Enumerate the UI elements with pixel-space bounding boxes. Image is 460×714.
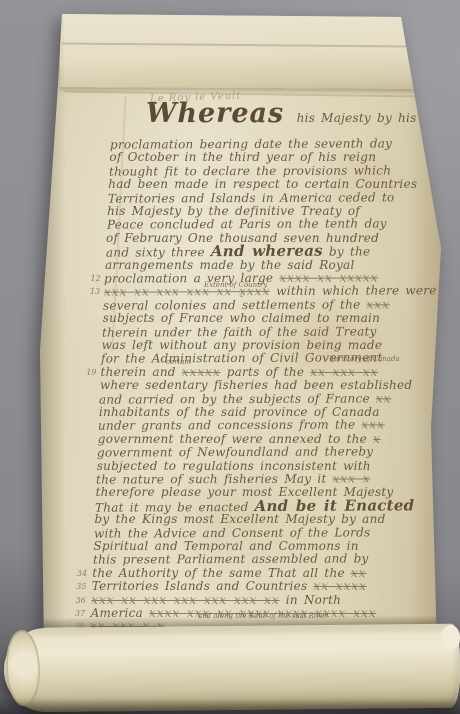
manuscript-line: Territories Islands and Countries xx xxx…: [92, 580, 367, 593]
struck-out-text: xx xxx xx: [310, 365, 378, 379]
struck-out-text: xxxxx: [182, 365, 221, 379]
line-text: the Authority of the same That all the: [92, 566, 351, 580]
line-text: America: [91, 606, 149, 620]
scroll-roll-right-end: [441, 625, 460, 649]
manuscript-line: where sedentary fisheries had been estab…: [100, 379, 412, 392]
manuscript-line: therein and xxxxx parts of the xx xxx xx: [101, 366, 379, 379]
manuscript-line: had been made in respect to certain Coun…: [108, 178, 417, 191]
parchment-sheet: Le Roy le Veult Whereas his Majesty by h…: [0, 0, 460, 714]
caret-mark: ‸: [240, 288, 243, 298]
line-text: Territories and Islands in America ceded…: [108, 190, 395, 205]
margin-line-number: 37: [75, 609, 85, 618]
line-text: arrangements made by the said Royal: [105, 258, 355, 272]
line-text: therein and: [101, 365, 182, 379]
line-text: had been made in respect to certain Coun…: [108, 177, 417, 191]
interlinear-insertion: and along the Bank of the said River: [198, 612, 328, 620]
struck-out-text: xxx: [362, 418, 385, 432]
margin-line-number: 35: [76, 582, 86, 591]
manuscript-line: the Authority of the same That all the x…: [92, 567, 366, 580]
interlinear-insertion: Territory of Canada: [330, 355, 400, 363]
line-text: by the Kings most Excellent Majesty by a…: [95, 512, 386, 526]
margin-line-number: 13: [90, 287, 100, 296]
line-text: and carried on by the subjects of France: [99, 391, 376, 406]
margin-line-number: 12: [91, 274, 101, 283]
interlinear-insertion: Extent of Country: [204, 281, 267, 289]
struck-out-text: xxx xx xxx xxx xxx xxx xx: [91, 593, 279, 607]
line-text: his Majesty by his Royal: [297, 111, 458, 125]
line-text: under grants and concessions from the: [98, 418, 361, 433]
margin-line-number: 34: [77, 569, 87, 578]
manuscript-line: of October in the third year of his reig…: [109, 151, 376, 164]
line-text: thought fit to declare the provisions wh…: [109, 163, 391, 178]
struck-out-text: xx xxxx: [313, 579, 366, 593]
margin-line-number: 36: [76, 596, 86, 605]
struck-out-text: xxx x: [333, 471, 371, 485]
line-text: parts of the: [221, 365, 311, 379]
line-text: where sedentary fisheries had been estab…: [100, 378, 412, 392]
line-text: in North: [280, 593, 341, 607]
line-text: with the Advice and Consent of the Lords: [94, 525, 370, 540]
manuscript-line: arrangements made by the said Royal: [105, 259, 355, 272]
line-text: Whereas: [146, 98, 297, 129]
manuscript-line: xxx xx xxx xxx xxx xxx xx in North: [91, 594, 341, 607]
manuscript-photo: Le Roy le Veult Whereas his Majesty by h…: [0, 0, 460, 714]
line-text: this present Parliament assembled and by: [93, 552, 369, 567]
line-text: Peace concluded at Paris on the tenth da…: [107, 217, 387, 232]
text-block: Le Roy le Veult Whereas his Majesty by h…: [0, 0, 460, 714]
bottom-shadow: [0, 698, 460, 714]
struck-out-text: xxx: [367, 297, 390, 311]
line-text: proclamation bearing date the seventh da…: [110, 136, 392, 151]
manuscript-line: Whereas his Majesty by his Royal: [146, 104, 458, 117]
manuscript-line: by the Kings most Excellent Majesty by a…: [95, 513, 386, 526]
line-text: subjects of France who claimed to remain: [103, 311, 380, 325]
line-text: several colonies and settlements of the: [103, 297, 367, 312]
struck-out-text: xx: [376, 391, 392, 405]
margin-line-number: 19: [86, 368, 96, 377]
line-text: therein under the faith of the said Trea…: [102, 324, 377, 339]
line-text: within which there were: [270, 284, 437, 299]
line-text: Territories Islands and Countries: [92, 579, 314, 593]
line-text: subjected to regulations inconsistent wi…: [97, 459, 371, 473]
line-text: government of Newfoundland and thereby: [97, 445, 373, 460]
parchment-sheet-wrap: Le Roy le Veult Whereas his Majesty by h…: [0, 0, 460, 714]
manuscript-line: subjects of France who claimed to remain: [103, 312, 380, 325]
struck-out-text: xx: [351, 566, 367, 580]
line-text: the nature of such fisheries May it: [96, 472, 333, 487]
struck-out-text: x: [373, 432, 381, 446]
line-text: of October in the third year of his reig…: [109, 150, 376, 164]
interlinear-insertion: certain: [166, 358, 191, 366]
